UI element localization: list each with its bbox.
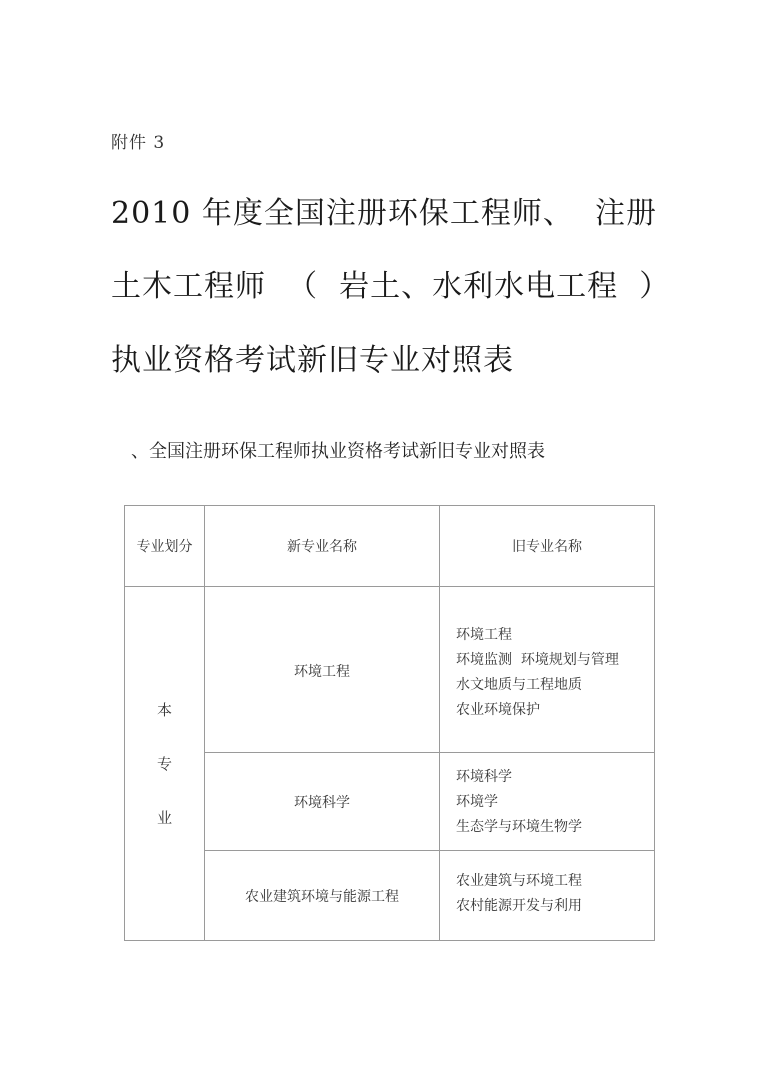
category-cell: 本 专 业 [125, 587, 205, 941]
table-row: 农业建筑环境与能源工程 农业建筑与环境工程 农村能源开发与利用 [125, 851, 655, 941]
section-heading: 、全国注册环保工程师执业资格考试新旧专业对照表 [131, 437, 545, 463]
old-name-item: 生态学与环境生物学 [456, 815, 654, 840]
old-name-item: 环境监测 环境规划与管理 [456, 648, 654, 673]
comparison-table: 专业划分 新专业名称 旧专业名称 本 专 业 环境工程 环境工程 环境监测 环境… [124, 505, 655, 941]
old-name-item: 环境学 [456, 790, 654, 815]
category-char: 业 [125, 791, 204, 845]
old-name-item: 农村能源开发与利用 [456, 894, 654, 919]
old-name-item: 环境科学 [456, 765, 654, 790]
old-names-cell: 环境科学 环境学 生态学与环境生物学 [440, 753, 655, 851]
old-name-item: 农业环境保护 [456, 698, 654, 723]
title-line-3: 执业资格考试新旧专业对照表 [111, 335, 514, 379]
old-name-item: 水文地质与工程地质 [456, 673, 654, 698]
header-old-name: 旧专业名称 [440, 506, 655, 587]
old-name-item: 环境工程 [456, 623, 654, 648]
table-row: 本 专 业 环境工程 环境工程 环境监测 环境规划与管理 水文地质与工程地质 农… [125, 587, 655, 753]
new-name-cell: 环境科学 [205, 753, 440, 851]
table-header-row: 专业划分 新专业名称 旧专业名称 [125, 506, 655, 587]
title-line-2: 土木工程师 （ 岩土、水利水电工程 ） [111, 261, 670, 305]
title-line-1: 2010 年度全国注册环保工程师、 注册 [111, 188, 657, 232]
new-name-cell: 农业建筑环境与能源工程 [205, 851, 440, 941]
header-new-name: 新专业名称 [205, 506, 440, 587]
old-names-cell: 农业建筑与环境工程 农村能源开发与利用 [440, 851, 655, 941]
old-names-cell: 环境工程 环境监测 环境规划与管理 水文地质与工程地质 农业环境保护 [440, 587, 655, 753]
category-char: 专 [125, 737, 204, 791]
old-name-item: 农业建筑与环境工程 [456, 869, 654, 894]
table-row: 环境科学 环境科学 环境学 生态学与环境生物学 [125, 753, 655, 851]
new-name-cell: 环境工程 [205, 587, 440, 753]
attachment-label: 附件 3 [111, 128, 165, 153]
category-char: 本 [125, 683, 204, 737]
header-category: 专业划分 [125, 506, 205, 587]
